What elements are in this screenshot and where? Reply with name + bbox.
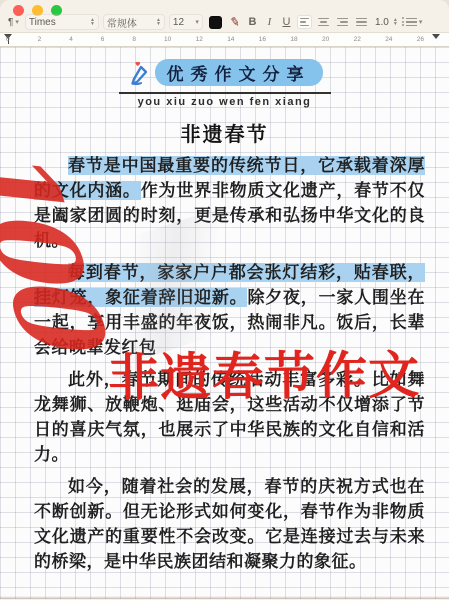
- window-chrome: ¶ ▾ Times ▲▼ 常规体 ▲▼ 12 ▾ ✎ B I U: [0, 0, 449, 33]
- chevron-down-icon: ▾: [419, 18, 423, 26]
- ruler-tick: 10: [164, 36, 171, 43]
- font-family-value: Times: [29, 17, 56, 28]
- banner-underline: [119, 92, 331, 94]
- stepper-icon: ▲▼: [90, 18, 95, 26]
- right-indent-marker[interactable]: [432, 34, 440, 39]
- ruler-tick: 22: [354, 36, 361, 43]
- align-center-button[interactable]: [316, 15, 331, 29]
- ruler-tick: 12: [196, 36, 203, 43]
- body-text: 如今，随着社会的发展，春节的庆祝方式也在不断创新。但无论形式如何变化，春节作为非…: [34, 477, 425, 571]
- font-size-value: 12: [173, 17, 184, 28]
- banner-title: 优秀作文分享: [155, 59, 323, 86]
- format-toolbar: ¶ ▾ Times ▲▼ 常规体 ▲▼ 12 ▾ ✎ B I U: [6, 13, 445, 31]
- line-spacing-value: 1.0: [375, 17, 389, 28]
- stepper-icon: ▲▼: [156, 18, 161, 26]
- line-spacing-control[interactable]: 1.0 ▲▼: [373, 14, 400, 30]
- ruler[interactable]: 02468101214161820222426: [0, 33, 449, 47]
- align-right-button[interactable]: [335, 15, 350, 29]
- word-processor-window: ¶ ▾ Times ▲▼ 常规体 ▲▼ 12 ▾ ✎ B I U: [0, 0, 449, 600]
- ruler-tick: 18: [290, 36, 297, 43]
- align-justify-button[interactable]: [354, 15, 369, 29]
- text-color-button[interactable]: [207, 14, 224, 30]
- paragraph[interactable]: 春节是中国最重要的传统节日，它承载着深厚的文化内涵。作为世界非物质文化遗产，春节…: [34, 153, 425, 253]
- ruler-tick: 14: [227, 36, 234, 43]
- stepper-icon: ▲▼: [393, 18, 398, 26]
- color-swatch-icon: [209, 16, 222, 29]
- header-banner: 优秀作文分享 you xiu zuo wen fen xiang: [0, 47, 449, 108]
- ruler-tick: 2: [38, 36, 42, 43]
- ruler-tick: 16: [259, 36, 266, 43]
- font-style-select[interactable]: 常规体 ▲▼: [103, 14, 165, 30]
- paragraph[interactable]: 此外，春节期间的传统活动丰富多彩。比如舞龙舞狮、放鞭炮、逛庙会，这些活动不仅增添…: [34, 367, 425, 467]
- pen-heart-logo-icon: [127, 60, 153, 86]
- italic-button[interactable]: I: [263, 14, 276, 30]
- essay-body[interactable]: 春节是中国最重要的传统节日，它承载着深厚的文化内涵。作为世界非物质文化遗产，春节…: [0, 153, 449, 574]
- highlight-pen-button[interactable]: ✎: [227, 13, 244, 31]
- underline-button[interactable]: U: [280, 14, 293, 30]
- ruler-tick: 20: [322, 36, 329, 43]
- paragraph-style-menu[interactable]: ¶ ▾: [6, 14, 21, 30]
- font-style-value: 常规体: [107, 15, 137, 30]
- ruler-tick: 26: [417, 36, 424, 43]
- ruler-tick: 0: [6, 36, 10, 43]
- document-page[interactable]: 优秀作文分享 you xiu zuo wen fen xiang 非遗春节 春节…: [0, 47, 449, 599]
- photo-bottom-edge: [0, 596, 449, 599]
- ruler-tick: 24: [385, 36, 392, 43]
- font-family-select[interactable]: Times ▲▼: [25, 14, 99, 30]
- ruler-tick: 8: [132, 36, 136, 43]
- essay-title[interactable]: 非遗春节: [0, 118, 449, 147]
- bulleted-list-icon: [406, 18, 417, 27]
- chevron-down-icon: ▾: [15, 18, 19, 26]
- pen-icon: ✎: [229, 14, 241, 30]
- align-left-button[interactable]: [297, 15, 312, 29]
- paragraph[interactable]: 如今，随着社会的发展，春节的庆祝方式也在不断创新。但无论形式如何变化，春节作为非…: [34, 474, 425, 574]
- ruler-tick: 4: [69, 36, 73, 43]
- pilcrow-icon: ¶: [8, 17, 13, 28]
- font-size-select[interactable]: 12 ▾: [169, 14, 203, 30]
- paragraph[interactable]: 每到春节，家家户户都会张灯结彩，贴春联，挂灯笼，象征着辞旧迎新。除夕夜，一家人围…: [34, 260, 425, 360]
- banner-pinyin: you xiu zuo wen fen xiang: [0, 96, 449, 108]
- list-style-button[interactable]: ▾: [404, 14, 425, 30]
- bold-button[interactable]: B: [246, 14, 259, 30]
- body-text: 此外，春节期间的传统活动丰富多彩。比如舞龙舞狮、放鞭炮、逛庙会，这些活动不仅增添…: [34, 370, 425, 464]
- ruler-tick: 6: [101, 36, 105, 43]
- chevron-down-icon: ▾: [195, 18, 199, 26]
